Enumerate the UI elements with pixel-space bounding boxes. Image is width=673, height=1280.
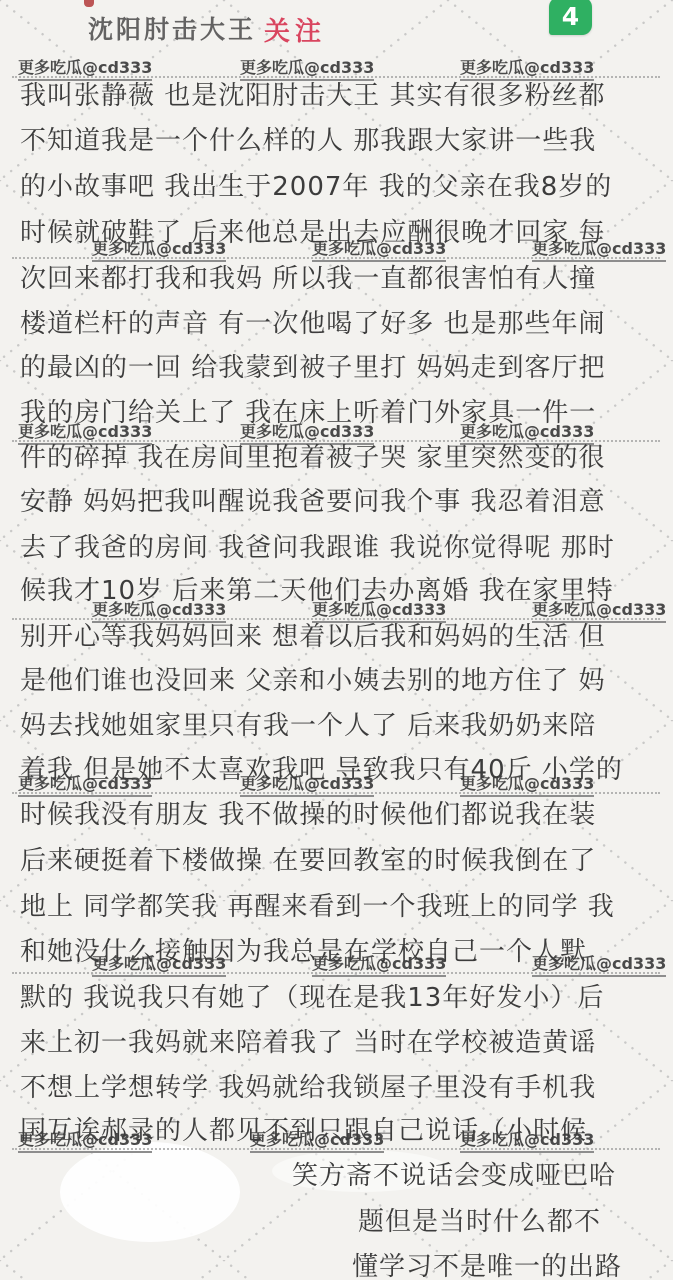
text-line: 去了我爸的房间 我爸问我跟谁 我说你觉得呢 那时 (20, 527, 615, 564)
text-line: 和她没什么接触因为我总是在学校自己一个人默 (20, 931, 587, 968)
text-line: 时候我没有朋友 我不做操的时候他们都说我在装 (20, 794, 596, 831)
text-line: 安静 妈妈把我叫醒说我爸要问我个事 我忍着泪意 (20, 481, 606, 518)
text-line: 不知道我是一个什么样的人 那我跟大家讲一些我 (20, 120, 596, 157)
text-line: 别开心等我妈妈回来 想着以后我和妈妈的生活 但 (20, 616, 606, 653)
follow-button[interactable]: 关注 (264, 11, 326, 48)
badge-4-bubble[interactable]: 4 (549, 0, 592, 35)
text-line: 后来硬挺着下楼做操 在要回教室的时候我倒在了 (20, 840, 596, 877)
red-mark (84, 0, 94, 7)
text-line: 我叫张静薇 也是沈阳肘击大王 其实有很多粉丝都 (20, 75, 606, 112)
text-line: 着我 但是她不太喜欢我吧 导致我只有40斤 小学的 (20, 749, 623, 786)
post-header: 沈阳肘击大王 关注 4 (0, 0, 673, 52)
text-line: 是他们谁也没回来 父亲和小姨去别的地方住了 妈 (20, 660, 606, 697)
text-line: 来上初一我妈就来陪着我了 当时在学校被造黄谣 (20, 1022, 596, 1059)
text-line: 题但是当时什么都不 (358, 1201, 601, 1238)
text-line: 时候就破鞋了 后来他总是出去应酬很晚才回家 每 (20, 212, 606, 249)
text-line: 懂学习不是唯一的出路 (352, 1246, 622, 1280)
text-line: 楼道栏杆的声音 有一次他喝了好多 也是那些年闹 (20, 303, 606, 340)
username: 沈阳肘击大王 (88, 10, 256, 46)
text-line: 我的房门给关上了 我在床上听着门外家具一件一 (20, 392, 596, 429)
text-line: 的最凶的一回 给我蒙到被子里打 妈妈走到客厅把 (20, 347, 606, 384)
text-line: 件的碎掉 我在房间里抱着被子哭 家里突然变的很 (20, 437, 606, 474)
text-line: 国互诶郝录的人都见不到只跟自己说话（小时候 (20, 1110, 587, 1147)
text-line: 的小故事吧 我出生于2007年 我的父亲在我8岁的 (20, 166, 612, 203)
text-line: 候我才10岁 后来第二天他们去办离婚 我在家里特 (20, 570, 614, 607)
text-line: 笑方斋不说话会变成哑巴哈 (292, 1155, 616, 1192)
text-line: 不想上学想转学 我妈就给我锁屋子里没有手机我 (20, 1067, 596, 1104)
text-line: 妈去找她姐家里只有我一个人了 后来我奶奶来陪 (20, 705, 596, 742)
white-blob (60, 1142, 240, 1242)
text-line: 次回来都打我和我妈 所以我一直都很害怕有人撞 (20, 258, 596, 295)
text-line: 默的 我说我只有她了（现在是我13年好发小）后 (20, 977, 604, 1014)
post-screenshot: 沈阳肘击大王 关注 4 更多吃瓜@cd333更多吃瓜@cd333更多吃瓜@cd3… (0, 0, 673, 1280)
badge-label: 4 (562, 2, 579, 31)
text-line: 地上 同学都笑我 再醒来看到一个我班上的同学 我 (20, 886, 615, 923)
